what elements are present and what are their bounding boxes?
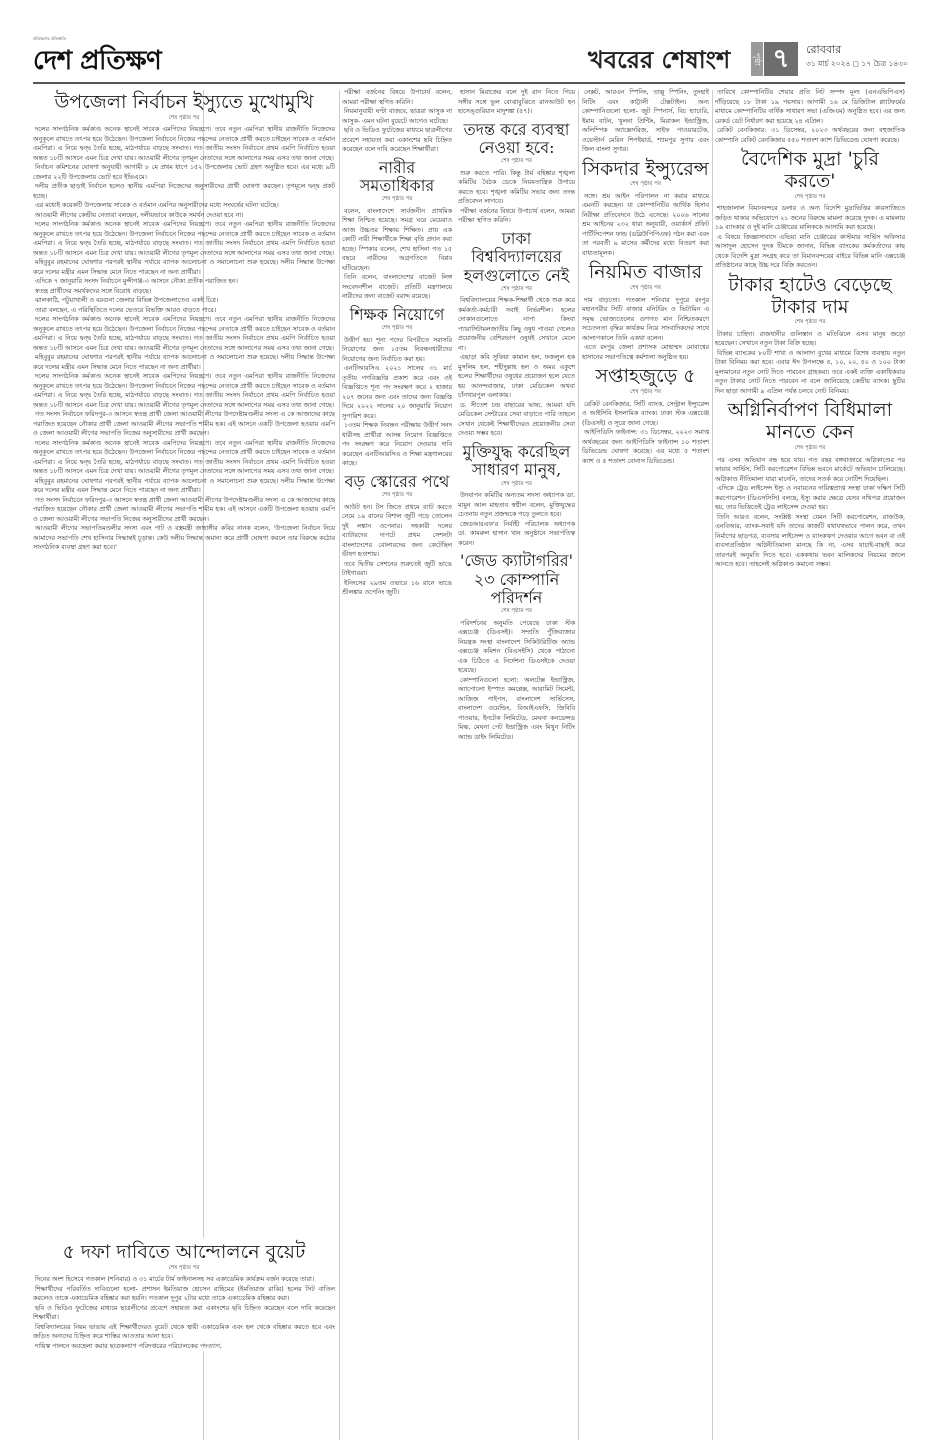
column-divider [712,90,713,1440]
paragraph: শিক্ষার্থীদের পরিবর্তিত দাবিগুলো হলো- প্… [33,1285,335,1304]
paragraph: দলের সাংগঠনিক কর্মকাণ্ড অনেক স্থানেই সাব… [33,125,335,163]
paragraph: শাহজালাল বিমানবন্দরে ডলার ও অন্য বিদেশি … [715,204,905,233]
paragraph: তিনি বলেন, বাংলাদেশের বাজেট লিঙ্গ সংবেদন… [342,273,452,302]
paragraph: দলের সাংগঠনিক কর্মকাণ্ড অনেক স্থানেই সাব… [33,439,335,477]
masthead-rule [33,82,905,84]
paragraph: এর মধ্যেই কয়েকটি উপজেলায় সাবেক ও বর্তম… [33,201,335,211]
continued-label: শেষ পৃষ্ঠার পর [33,114,335,124]
headline: অগ্নিনির্বাপণ বিধিমালা মানতে কেন [715,400,905,444]
paragraph: তবে দ্বিতীয় সেশনের শুরুতেই জুটি ভাঙে টা… [342,560,452,579]
paragraph: সঙ্গে। শ্রম আইন পরিপালন না করার মাধ্যমে … [582,192,709,259]
continued-label: শেষ পৃষ্ঠার পর [458,480,575,490]
paragraph: টাকার চাহিদা। রাজধানীর গুলিস্তান ও মতিঝি… [715,330,905,349]
continued-label: শেষ পৃষ্ঠার পর [458,285,575,295]
paragraph: দলের সাংগঠনিক কর্মকাণ্ড অনেক স্থানেই সাব… [33,220,335,258]
issue-day: রোববার [806,41,841,60]
continued-label: শেষ পৃষ্ঠার পর [342,324,452,334]
paragraph: শুরু করতে পারি। কিন্তু টার্ম বহিষ্কার শৃ… [458,169,575,207]
newspaper-logo: দেশ প্রতিক্ষণ [33,40,161,84]
column-left: উপজেলা নির্বাচন ইস্যুতে মুখোমুখি শেষ পৃষ… [33,88,335,1448]
paragraph: এতে রংপুর জেলা প্রশাসক মোহাম্মদ মোবাশ্বে… [582,343,709,362]
paragraph: দায়িত্ব পালনে অবহেলা করার ছাত্রকল্যাণ প… [33,1342,335,1352]
masthead: প্রতিক্ষণের প্রতিশ্রুতি দেশ প্রতিক্ষণ খব… [33,36,913,80]
article-buet: ৫ দফা দাবিতে আন্দোলনে বুয়েট শেষ পৃষ্ঠার… [33,1238,335,1351]
page-number: ৭ [764,42,798,76]
headline: উপজেলা নির্বাচন ইস্যুতে মুখোমুখি [33,92,335,114]
headline: ঢাকা বিশ্ববিদ্যালয়ের হলগুলোতে নেই [458,230,575,285]
continued-label: শেষ পৃষ্ঠার পর [33,1264,335,1274]
paragraph: পরীক্ষা বর্জনের বিষয়ে উপাচার্য বলেন, আম… [342,88,452,107]
paragraph: এদিকে ৭ জানুয়ারি সংসদ নির্বাচনে মুন্সীগ… [33,277,335,287]
paragraph: তিনি আরও বলেন, সংশ্লিষ্ট সংস্থা যেমন সিট… [715,513,905,570]
headline: তদন্ত করে ব্যবস্থা নেওয়া হবে: [458,121,575,158]
paragraph: রেকিট বেনকিজার: ৩১ ডিসেম্বর, ২০২৩ অর্থবছ… [715,126,905,145]
paragraph: আইপিডিসি ফাইনান্স: ৩১ ডিসেম্বর, ২০২৩ সমা… [582,428,709,466]
paragraph: ঝালকাঠি, পটুয়াখালী ও বরগুনা জেলার বিভিন… [33,296,335,306]
paragraph: দলীয় প্রতীক ছাড়াই নির্বাচন হলেও স্থানী… [33,182,335,201]
paragraph: স্বতন্ত্র প্রার্থীদের সমর্থকদের সঙ্গে বি… [33,287,335,297]
paragraph: এ বিষয়ে জিজ্ঞাসাবাদে এভিয়া মানি চেঞ্জা… [715,233,905,271]
column-center: হাসান মিরাজের বলে দুই রান নিতে গিয়ে সঙ্… [458,88,575,1448]
paragraph: এদিকে ট্রেড লাইসেন্স ইস্যু ও নবায়নের দা… [715,484,905,513]
paragraph: উদযাপন কমিটির অন্যতম সদস্য অধ্যাপক ডা. ম… [458,491,575,520]
continued-label: শেষ পৃষ্ঠার পর [582,180,709,190]
continued-label: শেষ পৃষ্ঠার পর [342,491,452,501]
headline: 'জেড ক্যাটাগরির' ২৩ কোম্পানি পরিদর্শন [458,552,575,607]
issue-date: ৩১ মার্চ ২০২৪ ◻ ১৭ চৈত্র ১৪৩০ [806,59,908,71]
paragraph: বিভিন্ন ব্যাংকের ৮০টি শাখা ও আলাদা বুথের… [715,349,905,397]
paragraph: বিশ্ববিদ্যালয়ের নিয়ম ভাঙায় এই শিক্ষার… [33,1323,335,1342]
headline: মুক্তিযুদ্ধ করেছিল সাধারণ মানুষ, [458,443,575,480]
paragraph: আওয়ামী লীগের কেন্দ্রীয় নেতারা বলছেন, দ… [33,211,335,221]
paragraph: দাম বাড়তো। গতকাল শনিবার দুপুরে রংপুর মহ… [582,296,709,344]
paragraph: ইনিংসের ২৯তম ওভারে ১৬ রানে ভাঙে শ্রীলঙ্ক… [342,579,452,598]
headline: বড় স্কোরের পথে [342,473,452,491]
paragraph: এছাড়া কবি সুফিয়া কামাল হল, ফজলুল হক মু… [458,353,575,401]
headline: নিয়মিত বাজার [582,262,709,284]
paragraph: ছবি ও ভিডিও ফুটেজের মাধ্যমে ছাত্রলীগের প… [33,1304,335,1323]
article-upazila: উপজেলা নির্বাচন ইস্যুতে মুখোমুখি শেষ পৃষ… [33,92,335,553]
continued-label: শেষ পৃষ্ঠার পর [715,193,905,203]
section-title: খবরের শেষাংশ [588,42,730,82]
headline: শিক্ষক নিয়োগে [342,306,452,324]
headline: সপ্তাহজুড়ে ৫ [582,366,709,388]
headline: ৫ দফা দাবিতে আন্দোলনে বুয়েট [33,1242,335,1264]
paragraph: জেডআরএফ'র নির্বাহী পরিচালক অধ্যাপক ডা. ক… [458,520,575,549]
headline: নারীর সমতাধিকার [342,159,452,196]
paragraph: গত সংসদ নির্বাচনে ফরিদপুর-৩ আসনে স্বতন্ত… [33,496,335,525]
paragraph: হাসান মিরাজের বলে দুই রান নিতে গিয়ে সঙ্… [458,88,575,117]
continued-label: শেষ পৃষ্ঠার পর [582,388,709,398]
paragraph: পর এসব অভিযান বন্ধ হয়ে যায়। গত বছর বঙ্… [715,456,905,485]
paragraph: দিনের অংশ হিসেবে গতকাল (শনিবার) ও ৩১ মার… [33,1275,335,1285]
column-second: পরীক্ষা বর্জনের বিষয়ে উপাচার্য বলেন, আম… [342,88,452,1448]
paragraph: নেক্সট, আরএন স্পিনিং, তাল্লু স্পিনিং, তু… [582,88,709,155]
paragraph: পরিদর্শনের অনুমতি পেয়েছে ঢাকা স্টক এক্স… [458,619,575,676]
paragraph: তারিখে কোম্পানিটির শেয়ার প্রতি নিট সম্প… [715,88,905,126]
paragraph: দলের সাংগঠনিক কর্মকাণ্ড অনেক স্থানেই সাব… [33,315,335,353]
paragraph: রেকিট বেনকিজার, সিটি ব্যাংক, সেন্ট্রাল ই… [582,400,709,429]
paragraph: এনটিআরসিএ ২০২১ সালের ৩১ মার্চ তৃতীয় গণব… [342,364,452,421]
paragraph: দলের সাংগঠনিক কর্মকাণ্ড অনেক স্থানেই সাব… [33,372,335,410]
paragraph: ছবি ও ভিডিও ফুটেজের মাধ্যমে ছাত্রলীগের প… [342,126,452,155]
paragraph: কোম্পানিগুলো হলো: অলটেক্স ইন্ডাস্ট্রিজ, … [458,676,575,743]
paragraph: বিশ্ববিদ্যালয়ের শিক্ষক-শিক্ষার্থী থেকে … [458,296,575,353]
paragraph: গত সংসদ নির্বাচনে ফরিদপুর-৩ আসনে স্বতন্ত… [33,410,335,439]
headline: টাকার হাটেও বেড়েছে টাকার দাম [715,275,905,319]
paragraph: ড. সীতেশ চন্দ্র বাছারের ভাষ্য, আমরা যদি … [458,401,575,439]
continued-label: শেষ পৃষ্ঠার পর [342,195,452,205]
paragraph: উত্তীর্ণ হয়। শূন্য পদের বিপরীতে সরাসরি … [342,336,452,365]
paragraph: পরীক্ষা বর্জনের বিষয়ে উপাচার্য বলেন, আম… [458,207,575,226]
paragraph: মহিবুবুর রহমানের ঘোষণার পরপরই স্থানীয় প… [33,477,335,496]
column-divider [339,90,340,1440]
paragraph: তারা বলছেন, এ পরিস্থিতিতে দলের ভেতরে বিভ… [33,306,335,316]
continued-label: শেষ পৃষ্ঠার পর [715,444,905,454]
paragraph: মহিবুবুর রহমানের ঘোষণার পরপরই স্থানীয় প… [33,258,335,277]
continued-label: শেষ পৃষ্ঠার পর [715,318,905,328]
continued-label: শেষ পৃষ্ঠার পর [458,157,575,167]
continued-label: শেষ পৃষ্ঠার পর [582,284,709,294]
page-label: পৃষ্ঠা [751,42,763,76]
column-divider [578,90,579,1440]
paragraph: নিয়মানুযায়ী ঘণ্টা বাজবে, ছাত্ররা আসুক … [342,107,452,126]
column-right: তারিখে কোম্পানিটির শেয়ার প্রতি নিট সম্প… [715,88,905,1448]
headline: বৈদেশিক মুদ্রা 'চুরি করতে' [715,149,905,193]
paragraph: ১৩তম শিক্ষক নিবন্ধন পরীক্ষায় উত্তীর্ণ স… [342,421,452,469]
paragraph: আউট হন। টস জিতে প্রথমে ব্যাট করতে নেমে ১… [342,503,452,560]
paragraph: মহিবুবুর রহমানের ঘোষণার পরপরই স্থানীয় প… [33,353,335,372]
paragraph: আওয়ামী লীগের সভাপতিমণ্ডলীর সদস্য এবং পা… [33,524,335,553]
paragraph: বলেন, বাংলাদেশে সার্বজনীন প্রাথমিক শিক্ষ… [342,207,452,274]
paragraph: নির্বাচন কমিশনের ঘোষণা অনুযায়ী আগামী ৮ … [33,163,335,182]
continued-label: শেষ পৃষ্ঠার পর [458,607,575,617]
column-fourth: নেক্সট, আরএন স্পিনিং, তাল্লু স্পিনিং, তু… [582,88,709,1448]
headline: সিকদার ইন্স্যুরেন্স [582,159,709,181]
